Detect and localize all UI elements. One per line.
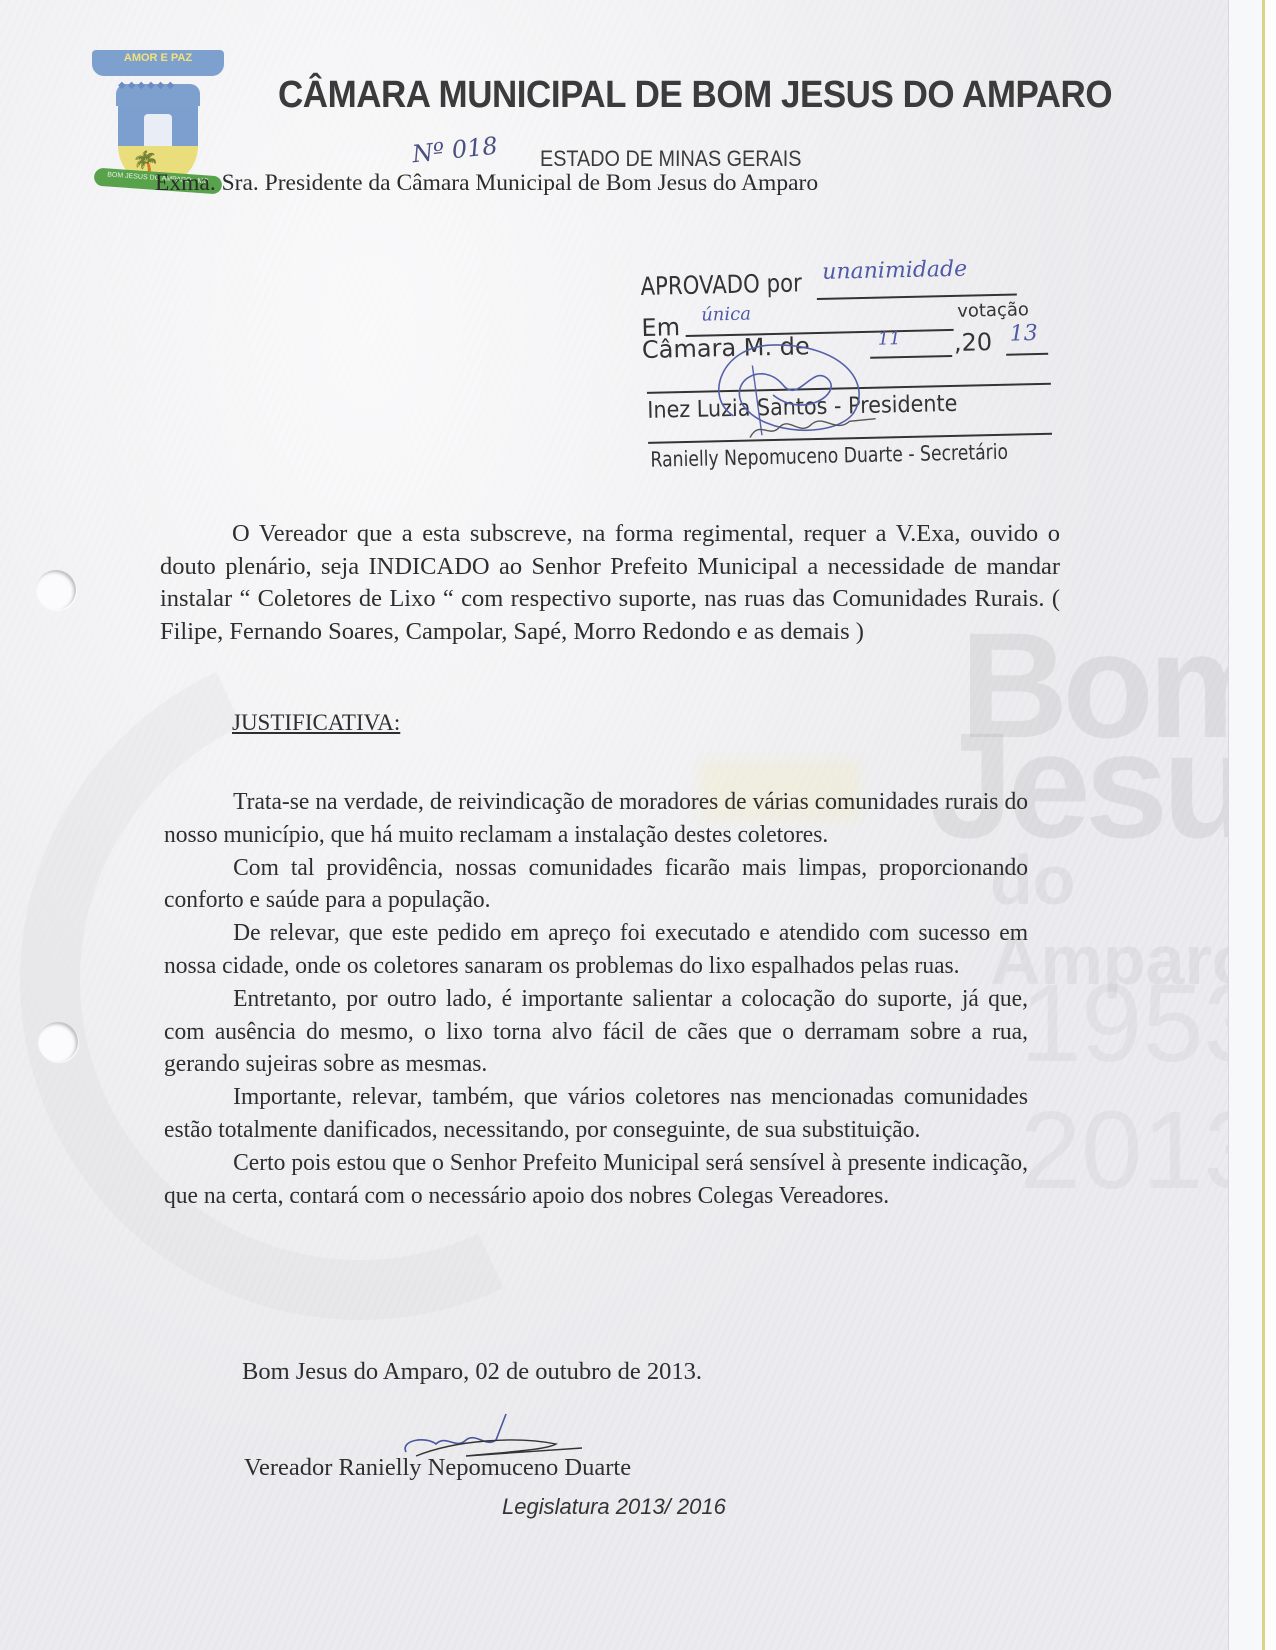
- stamp-approved-handwritten: unanimidade: [822, 257, 967, 285]
- intro-text: O Vereador que a esta subscreve, na form…: [160, 518, 1060, 648]
- crown-jewels-icon: ◆◆◆◆◆◆: [118, 80, 202, 91]
- legislature-period: Legislatura 2013/ 2016: [502, 1494, 726, 1520]
- justification-heading: JUSTIFICATIVA:: [232, 710, 400, 736]
- justification-paragraph: Importante, relevar, também, que vários …: [164, 1081, 1028, 1147]
- justification-paragraph: De relevar, que este pedido em apreço fo…: [164, 917, 1028, 983]
- punch-hole: [38, 1022, 78, 1062]
- signatory-name: Vereador Ranielly Nepomuceno Duarte: [244, 1454, 631, 1482]
- document-number: Nº 018: [411, 132, 499, 169]
- punch-hole: [36, 570, 76, 610]
- logo-motto: AMOR E PAZ: [88, 52, 228, 64]
- stamp-em-handwritten: única: [701, 303, 751, 325]
- justification-paragraph: Certo pois estou que o Senhor Prefeito M…: [164, 1147, 1028, 1213]
- stamp-day-handwritten: 11: [878, 328, 901, 350]
- addressee-line: Exma. Sra. Presidente da Câmara Municipa…: [155, 170, 818, 197]
- approval-stamp: APROVADO por unanimidade Em única votaçã…: [640, 252, 1065, 481]
- scan-edge-outer: [1265, 0, 1276, 1650]
- scanned-page: Bom Jesus do Amparo 1953-2013 AMOR E PAZ…: [0, 0, 1228, 1650]
- justification-body: Trata-se na verdade, de reivindicação de…: [164, 786, 1028, 1212]
- stamp-approved-label: APROVADO por: [640, 268, 802, 301]
- request-paragraph: O Vereador que a esta subscreve, na form…: [160, 518, 1060, 648]
- secretary-signature: [739, 407, 880, 450]
- justification-paragraph: Com tal providência, nossas comunidades …: [164, 852, 1028, 918]
- page-title: CÂMARA MUNICIPAL DE BOM JESUS DO AMPARO: [278, 74, 1112, 117]
- page-subtitle: ESTADO DE MINAS GERAIS: [540, 146, 801, 172]
- watermark-amparo: do Amparo: [990, 840, 1254, 1000]
- church-icon: [144, 114, 172, 146]
- justification-paragraph: Trata-se na verdade, de reivindicação de…: [164, 786, 1028, 852]
- justification-paragraph: Entretanto, por outro lado, é importante…: [164, 983, 1028, 1081]
- stamp-votacao-label: votação: [957, 299, 1029, 322]
- stamp-year-prefix: ,20: [954, 328, 993, 357]
- place-date: Bom Jesus do Amparo, 02 de outubro de 20…: [242, 1358, 702, 1386]
- scan-edge-strip: [1228, 0, 1263, 1650]
- stamp-year-handwritten: 13: [1009, 321, 1038, 347]
